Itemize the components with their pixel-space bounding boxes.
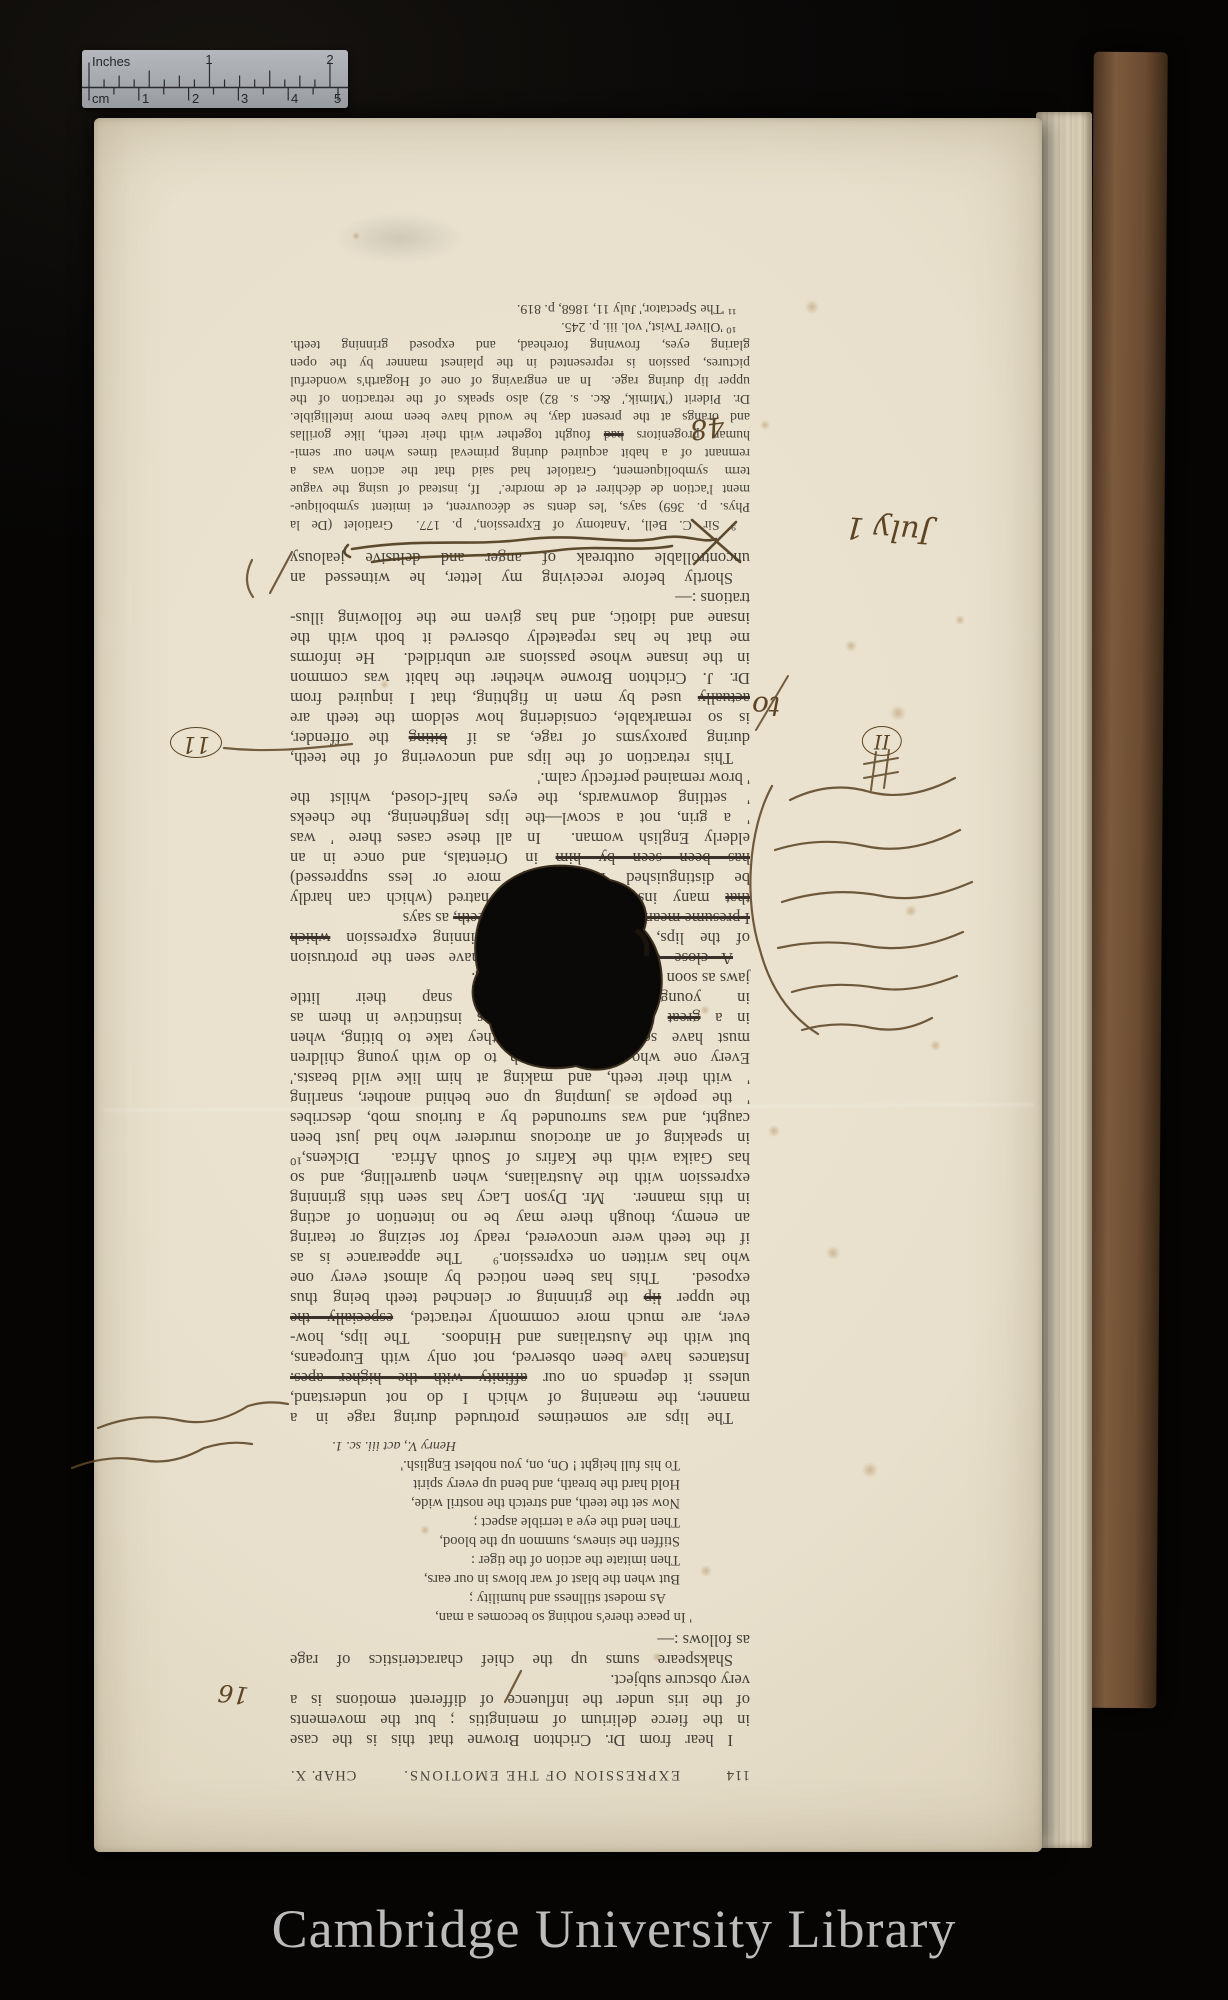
text-line: A close observer says that he have seen … <box>290 948 750 968</box>
text-line: ' In peace there's nothing so becomes a … <box>290 1607 692 1626</box>
text-line: the upper lip the grinning or clenched t… <box>290 1288 750 1308</box>
text-line: elderly English woman. In all these case… <box>290 828 750 848</box>
struck-text: biting <box>409 729 448 748</box>
margin-note-16: 16 <box>217 1678 250 1709</box>
text-line: manner, the meaning of which I do not un… <box>290 1388 750 1408</box>
struck-text: I presume means the uncovering of the te… <box>453 909 750 928</box>
printed-text-block: 114 EXPRESSION OF THE EMOTIONS. CHAP. X.… <box>290 278 750 1783</box>
chapter-label: CHAP. X. <box>290 1766 356 1783</box>
foxing-spot <box>862 1462 878 1478</box>
struck-text: great <box>668 1009 701 1028</box>
cm-number-3: 3 <box>241 91 248 106</box>
text-line: during paroxysms of rage, as if biting t… <box>290 728 750 748</box>
margin-note-july: July 1 <box>844 509 933 550</box>
text-line: of the iris under the influence of diffe… <box>290 1690 750 1710</box>
text-line: unless it depends on our affinity with t… <box>290 1368 750 1388</box>
text-line: has Gaika with the Kafirs of South Afric… <box>290 1148 750 1168</box>
cm-scale-label: cm <box>92 91 109 106</box>
cm-number-2: 2 <box>192 91 199 106</box>
text-line: and orangs at the present day, he would … <box>290 408 750 426</box>
struck-text: A close obse <box>630 949 733 968</box>
margin-note-roman-II: II <box>862 726 902 756</box>
inch-number-1: 1 <box>205 52 212 67</box>
inch-scale-label: Inches <box>92 54 130 69</box>
text-line: be distinguished from rage, more or less… <box>290 868 750 888</box>
foxing-spot <box>930 1040 941 1051</box>
text-line: This retraction of the lips and uncoveri… <box>290 748 750 768</box>
text-line: To his full height ! On, on, you noblest… <box>290 1455 680 1474</box>
text-line: of the lips, together with the grinning … <box>290 928 750 948</box>
struck-text: has been seen by him <box>556 849 750 868</box>
foxing-spot <box>905 905 917 917</box>
foxing-spot <box>826 1246 840 1260</box>
text-line: must have seen how naturally they take t… <box>290 1028 750 1048</box>
struck-text: affinity with the higher apes. <box>290 1369 527 1388</box>
text-line: glaring eyes, frowning forehead, and exp… <box>290 336 750 354</box>
text-line: has been seen by him in Orientals, and o… <box>290 848 750 868</box>
struck-text: actually <box>698 689 750 708</box>
text-line: is so remarkable, considering how seldom… <box>290 708 750 728</box>
text-line: if the teeth were uncovered, ready for s… <box>290 1228 750 1248</box>
text-line: ' the people as jumping up one behind an… <box>290 1088 750 1108</box>
text-line: Stiffen the sinews, summon up the blood, <box>290 1531 680 1550</box>
library-watermark: Cambridge University Library <box>0 1898 1228 1960</box>
text-line: who has written on expression.⁹ The appe… <box>290 1248 750 1268</box>
text-line: ' settling downwards, the eyes half-clos… <box>290 788 750 808</box>
text-line: As modest stillness and humility ; <box>290 1588 666 1607</box>
text-line: pictures, passion is represented in the … <box>290 354 750 372</box>
struck-text: which <box>290 929 330 948</box>
text-line: term symboliquement, Gratiolet had said … <box>290 462 750 480</box>
cm-number-1: 1 <box>142 91 149 106</box>
foxing-spot <box>955 615 965 625</box>
foxing-spot <box>890 705 906 721</box>
text-line: in the insane whose passions are unbridl… <box>290 648 750 668</box>
text-line: I presume means the uncovering of the te… <box>290 908 750 928</box>
text-line: caught, and was surrounded by a furious … <box>290 1108 750 1128</box>
text-line: very obscure subject. <box>290 1670 750 1690</box>
text-line: trations :— <box>290 588 750 608</box>
page-fore-edge <box>1036 112 1092 1848</box>
margin-note-to: to <box>752 690 780 723</box>
margin-note-48: 48 <box>688 410 726 445</box>
body-text: I hear from Dr. Crichton Browne that thi… <box>290 300 750 1750</box>
margin-note-11: 11 <box>170 727 222 758</box>
text-line: I hear from Dr. Crichton Browne that thi… <box>290 1730 750 1750</box>
photo-stage: 114 EXPRESSION OF THE EMOTIONS. CHAP. X.… <box>0 0 1228 2000</box>
text-line: ' brow remained perfectly calm.' <box>290 768 750 788</box>
text-line: The lips are sometimes protruded during … <box>290 1408 750 1428</box>
text-line: Phys. p. 369) says, 'les dents se découv… <box>290 498 750 516</box>
text-line: Instances have been observed, not only w… <box>290 1348 750 1368</box>
manuscript-page: 114 EXPRESSION OF THE EMOTIONS. CHAP. X.… <box>94 118 1042 1852</box>
line-gap <box>290 1428 750 1436</box>
text-line: that many instances of intense hatred (w… <box>290 888 750 908</box>
text-line: ' a grin, not a scowl—the lips lengtheni… <box>290 808 750 828</box>
struck-text: that <box>725 889 750 908</box>
text-line: ¹¹ 'The Spectator,' July 11, 1868, p. 81… <box>290 300 750 318</box>
text-line: ever, are much more commonly retracted, … <box>290 1308 750 1328</box>
text-line: Dr. Piderit ('Mimik,' &c. s. 82) also sp… <box>290 390 750 408</box>
text-line: Hold hard the breath, and bend up every … <box>290 1474 680 1493</box>
text-line: expression with the Australians, when qu… <box>290 1168 750 1188</box>
text-line: Dr. J. Crichton Browne whether the habit… <box>290 668 750 688</box>
text-line: but with the Australians and Hindoos. Th… <box>290 1328 750 1348</box>
text-line: ' with their teeth, and making at him li… <box>290 1068 750 1088</box>
text-line: upper lip during rage. In an engraving o… <box>290 372 750 390</box>
text-line: jaws as soon as they emerge from the egg… <box>290 968 750 988</box>
text-line: insane and idiotic, and has given me the… <box>290 608 750 628</box>
foxing-spot <box>845 640 857 652</box>
text-line: Henry V., act iii. sc. 1. <box>332 1436 750 1455</box>
foxing-spot <box>760 420 770 430</box>
text-line: Then imitate the action of the tiger : <box>290 1550 680 1569</box>
page-number: 114 <box>726 1766 750 1783</box>
text-line: actually used by men in fighting, that I… <box>290 688 750 708</box>
text-line: Then lend the eye a terrible aspect ; <box>290 1512 680 1531</box>
inch-number-2: 2 <box>326 52 333 67</box>
cm-number-5: 5 <box>334 91 341 106</box>
text-line: But when the blast of war blows in our e… <box>290 1569 680 1588</box>
text-line: uncontrollable outbreak of anger and del… <box>290 548 750 568</box>
text-line: ⁹ Sir C. Bell, 'Anatomy of Expression,' … <box>290 516 750 534</box>
text-line: in the fierce delirium of meningitis ; b… <box>290 1710 750 1730</box>
text-line: Shakspeare sums up the chief characteris… <box>290 1650 750 1670</box>
foxing-spot <box>768 1125 780 1137</box>
text-line: Now set the teeth, and stretch the nostr… <box>290 1493 680 1512</box>
text-line: human progenitors had fought together wi… <box>290 426 750 444</box>
text-line: Shortly before receiving my letter, he w… <box>290 568 750 588</box>
line-gap <box>290 534 750 548</box>
measurement-ruler: Inches 1 2 cm 1 2 3 4 5 <box>82 50 348 108</box>
cm-number-4: 4 <box>291 91 298 106</box>
text-line: in a great passion. It seems as instinct… <box>290 1008 750 1028</box>
foxing-spot <box>805 300 819 314</box>
text-line: ¹⁰ 'Oliver Twist,' vol. iii. p. 245. <box>290 318 750 336</box>
text-line: in young crocodiles, who snap their litt… <box>290 988 750 1008</box>
text-line: me that he has repeatedly observed it bo… <box>290 628 750 648</box>
foxing-spot <box>352 232 360 240</box>
text-line: in this manner. Mr. Dyson Lacy has seen … <box>290 1188 750 1208</box>
text-line: remnant of a habit acquired during prime… <box>290 444 750 462</box>
struck-text: lip <box>644 1289 661 1308</box>
text-line: ment l'action de déchirer et de mordre.'… <box>290 480 750 498</box>
text-line: in speaking of an atrocious murderer who… <box>290 1128 750 1148</box>
struck-text: especially the <box>290 1309 393 1328</box>
running-header: 114 EXPRESSION OF THE EMOTIONS. CHAP. X. <box>290 1766 750 1783</box>
text-line: an enemy, though there may be no intenti… <box>290 1208 750 1228</box>
header-title: EXPRESSION OF THE EMOTIONS. <box>402 1766 680 1783</box>
book-cover-edge <box>1082 52 1168 1708</box>
text-line: Every one who has had much to do with yo… <box>290 1048 750 1068</box>
struck-text: had <box>604 428 624 443</box>
text-line: exposed. This has been noticed by almost… <box>290 1268 750 1288</box>
text-line: as follows :— <box>290 1630 750 1650</box>
